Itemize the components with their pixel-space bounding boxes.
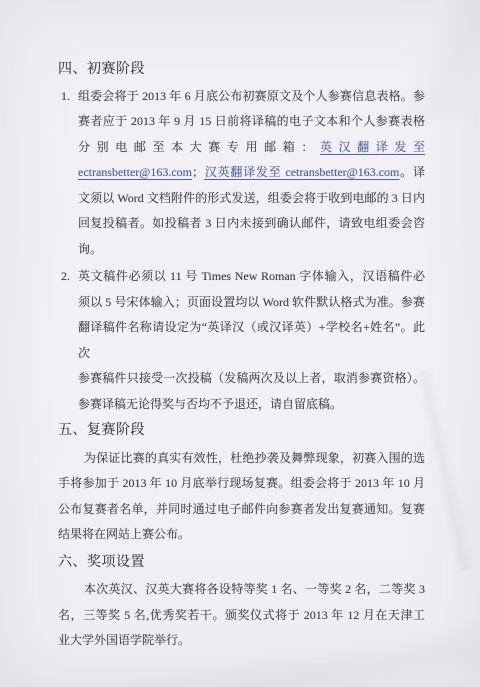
text-line: 须以 5 号宋体输入；页面设置均以 Word 软件默认格式为准。参赛 [78, 290, 425, 316]
list-item-2: 2. 英文稿件必须以 11 号 Times New Roman 字体输入，汉语稿… [78, 264, 425, 417]
section-heading-semifinal-round: 五、复赛阶段 [58, 418, 425, 444]
list-number-2: 2. [61, 264, 70, 290]
paragraph-semifinal: 为保证比赛的真实有效性，杜绝抄袭及舞弊现象，初赛入围的选 手将参加于 2013 … [58, 446, 425, 548]
text-line: 参赛译稿无论得奖与否均不予退还，请自留底稿。 [78, 392, 425, 418]
text-line: 参赛稿件只接受一次投稿（发稿两次及以上者，取消参赛资格）。 [78, 366, 425, 392]
paragraph-awards: 本次英汉、汉英大赛将各设特等奖 1 名、一等奖 2 名，二等奖 3 名，三等奖 … [58, 577, 425, 654]
text-line: 名，三等奖 5 名,优秀奖若干。颁奖仪式将于 2013 年 12 月在天津工 [58, 603, 425, 629]
email-address-ectransbetter: ectransbetter@163.com [78, 165, 192, 179]
scanned-page: 四、初赛阶段 1. 组委会将于 2013 年 6 月底公布初赛原文及个人参赛信息… [0, 0, 480, 687]
section-heading-preliminary-round: 四、初赛阶段 [58, 57, 425, 83]
text-line: 文须以 Word 文档附件的形式发送，组委会将于收到电邮的 3 日内 [78, 186, 425, 212]
text-line: 结果将在网站上赛公布。 [58, 522, 425, 548]
list-number-1: 1. [61, 84, 70, 110]
text-line: 手将参加于 2013 年 10 月底举行现场复赛。组委会将于 2013 年 10… [58, 471, 425, 497]
email-link-en-to-zh: 英汉翻译发至 [320, 140, 425, 154]
text-line: 公布复赛者名单，并同时通过电子邮件向参赛者发出复赛通知。复赛 [58, 497, 425, 523]
text-line: 业大学外国语学院举行。 [58, 628, 425, 654]
text-line: 为保证比赛的真实有效性，杜绝抄袭及舞弊现象，初赛入围的选 [58, 446, 425, 472]
text-line: 组委会将于 2013 年 6 月底公布初赛原文及个人参赛信息表格。参 [78, 84, 425, 110]
text-line: 本次英汉、汉英大赛将各设特等奖 1 名、一等奖 2 名，二等奖 3 [58, 577, 425, 603]
list-item-1: 1. 组委会将于 2013 年 6 月底公布初赛原文及个人参赛信息表格。参 赛者… [78, 84, 425, 263]
text-line: 分别电邮至本大赛专用邮箱：英汉翻译发至 [78, 135, 425, 161]
text-line: 赛者应于 2013 年 9 月 15 日前将译稿的电子文本和个人参赛表格 [78, 109, 425, 135]
text-segment: ； [192, 165, 204, 179]
section-heading-awards: 六、奖项设置 [58, 550, 425, 576]
text-line: 英文稿件必须以 11 号 Times New Roman 字体输入，汉语稿件必 [78, 264, 425, 290]
text-line: 询。 [78, 237, 425, 263]
text-segment: 。译 [399, 165, 425, 179]
document-content: 四、初赛阶段 1. 组委会将于 2013 年 6 月底公布初赛原文及个人参赛信息… [0, 0, 480, 654]
text-line: ectransbetter@163.com；汉英翻译发至 cetransbett… [78, 160, 425, 186]
text-line: 翻译稿件名称请设定为“英译汉（或汉译英）+学校名+姓名”。此次 [78, 315, 425, 366]
text-segment: 分别电邮至本大赛专用邮箱： [78, 140, 320, 154]
email-link-zh-to-en: 汉英翻译发至 cetransbetter@163.com [204, 165, 399, 179]
text-line: 回复投稿者。如投稿者 3 日内未接到确认邮件，请致电组委会咨 [78, 211, 425, 237]
